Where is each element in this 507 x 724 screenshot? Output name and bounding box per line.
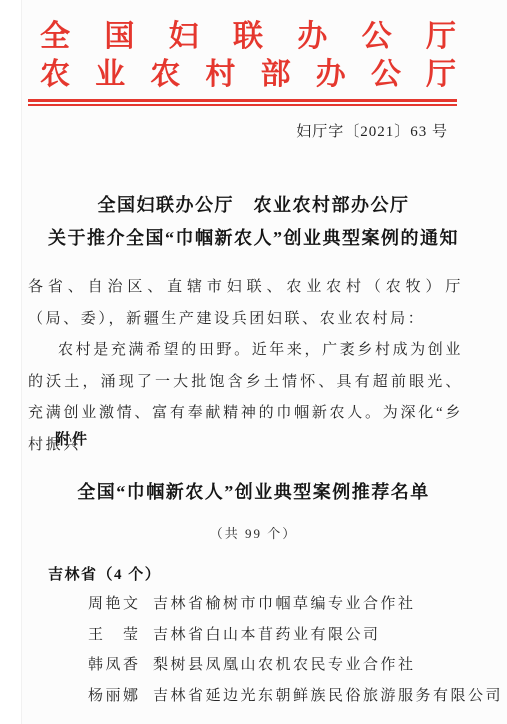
document-title: 全国妇联办公厅 农业农村部办公厅 关于推介全国“巾帼新农人”创业典型案例的通知 <box>10 189 497 255</box>
document-body: 各省、自治区、直辖市妇联、农业农村（农牧）厅（局、委），新疆生产建设兵团妇联、农… <box>28 272 463 461</box>
letterhead: 全国妇联办公厅 农业农村部办公厅 <box>40 18 456 94</box>
entry-person-name: 杨丽娜 <box>88 684 141 705</box>
body-paragraph: 农村是充满希望的田野。近年来，广袤乡村成为创业的沃土，涌现了一大批饱含乡土情怀、… <box>28 335 463 461</box>
entry-organization: 吉林省白山本苜药业有限公司 <box>153 623 488 644</box>
document-title-line-2: 关于推介全国“巾帼新农人”创业典型案例的通知 <box>10 222 497 255</box>
entry-person-name: 韩凤香 <box>88 653 141 674</box>
attachment-title: 全国“巾帼新农人”创业典型案例推荐名单 <box>10 478 497 504</box>
attachment-count-note: （共 99 个） <box>10 523 497 542</box>
salutation-paragraph: 各省、自治区、直辖市妇联、农业农村（农牧）厅（局、委），新疆生产建设兵团妇联、农… <box>28 272 463 335</box>
letterhead-line-1: 全国妇联办公厅 <box>40 18 456 56</box>
entry-person-name: 王 莹 <box>88 623 141 644</box>
list-item: 王 莹 吉林省白山本苜药业有限公司 <box>88 623 488 654</box>
entry-person-name: 周艳文 <box>88 592 141 613</box>
entry-organization: 梨树县凤凰山农机农民专业合作社 <box>153 653 488 674</box>
letterhead-divider-rule <box>28 99 457 106</box>
list-item: 周艳文 吉林省榆树市巾帼草编专业合作社 <box>88 592 488 623</box>
document-number: 妇厅字〔2021〕63 号 <box>28 120 448 141</box>
list-item: 杨丽娜 吉林省延边光东朝鲜族民俗旅游服务有限公司 <box>88 684 488 715</box>
province-heading: 吉林省（4 个） <box>48 563 161 584</box>
letterhead-line-2: 农业农村部办公厅 <box>40 56 456 94</box>
entry-organization: 吉林省延边光东朝鲜族民俗旅游服务有限公司 <box>153 684 503 705</box>
attachment-label: 附件 <box>55 428 89 449</box>
entry-organization: 吉林省榆树市巾帼草编专业合作社 <box>153 592 488 613</box>
list-item: 韩凤香 梨树县凤凰山农机农民专业合作社 <box>88 653 488 684</box>
entry-list: 周艳文 吉林省榆树市巾帼草编专业合作社 王 莹 吉林省白山本苜药业有限公司 韩凤… <box>88 592 488 714</box>
document-title-line-1: 全国妇联办公厅 农业农村部办公厅 <box>10 189 497 222</box>
